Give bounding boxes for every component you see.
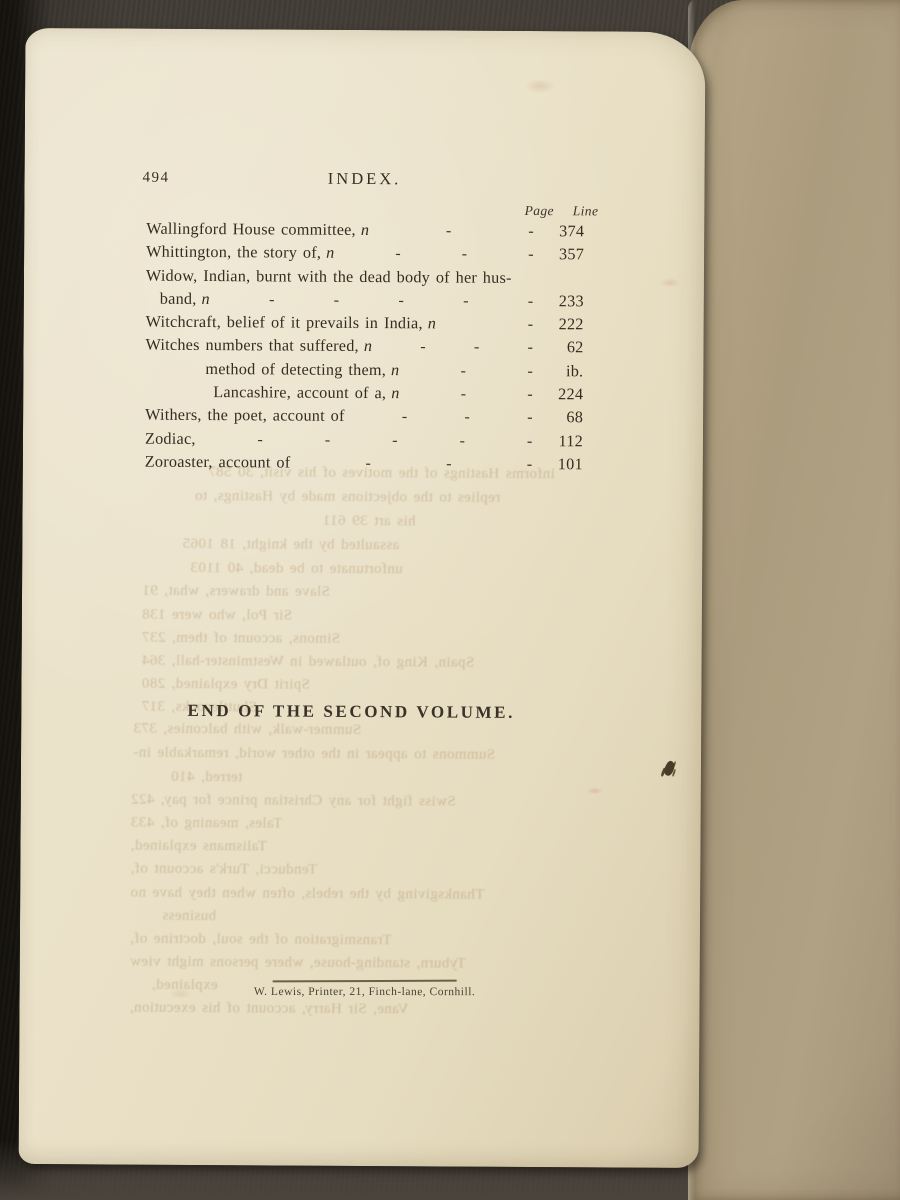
entry-text: Lancashire, account of a,n (213, 383, 399, 403)
leader-dashes: -- (290, 454, 527, 474)
showthrough-line: business (162, 908, 216, 925)
showthrough-line: Thanksgiving by the rebels, often when t… (130, 885, 484, 904)
showthrough-line: assaulted by the knight, 18 1065 (182, 536, 399, 554)
footnote-marker: n (326, 244, 334, 262)
leader-dashes: ---- (196, 430, 527, 451)
showthrough-line: Tales, meaning of, 433 (131, 815, 283, 833)
leader-dashes: -- (372, 338, 527, 358)
book-page: informs Hastings of the motives of his v… (19, 28, 706, 1168)
entry-text: Widow, Indian, burnt with the dead body … (146, 266, 512, 287)
showthrough-line: Vane, Sir Harry, account of his executio… (129, 1000, 408, 1019)
leader-dashes: -- (334, 244, 528, 264)
leader-dashes: - (399, 361, 527, 381)
showthrough-line: terred, 410 (171, 769, 242, 786)
showthrough-line: replies to the objections made by Hastin… (195, 488, 501, 507)
page-number-cell: -ib. (527, 362, 583, 381)
printer-imprint: W. Lewis, Printer, 21, Finch-lane, Cornh… (142, 986, 588, 998)
showthrough-line: Tenducci, Turk's account of, (130, 861, 317, 879)
index-entry-row: Zodiac,-----112 (145, 429, 583, 455)
leader-dashes: -- (345, 407, 528, 427)
footnote-marker: n (202, 290, 210, 308)
page-number-cell: -68 (527, 408, 583, 427)
page-number-cell: -101 (527, 455, 583, 474)
entry-text: Wallingford House committee,n (146, 220, 369, 240)
adjacent-page-edge (688, 0, 900, 1200)
volume-end-text: END OF THE SECOND VOLUME. (21, 700, 681, 724)
index-entry-row: Withers, the poet, account of---68 (145, 406, 583, 432)
page-number-cell: -222 (528, 315, 584, 334)
leader-dashes: - (369, 221, 528, 241)
leader-dashes: ---- (210, 290, 528, 311)
index-entry-row: method of detecting them,n--ib. (145, 359, 583, 385)
showthrough-line: his art 39 611 (322, 513, 415, 531)
showthrough-line: Sir Pol, who were 138 (142, 607, 292, 625)
index-entry-row: Lancashire, account of a,n--224 (145, 383, 583, 409)
footnote-marker: n (391, 361, 399, 379)
showthrough-line: Tyburn, standing-house, where persons mi… (130, 954, 466, 973)
showthrough-line: unfortunate to be dead, 40 1103 (190, 560, 403, 578)
showthrough-line: Spain, King of, outlawed in Westminster-… (142, 653, 475, 672)
entry-text: Zodiac, (145, 429, 196, 448)
showthrough-line: Spirit Dry explained, 280 (141, 676, 310, 694)
foxing-stain (587, 787, 603, 794)
showthrough-line: Summer-walk, with balconies, 373 (133, 721, 361, 739)
index-entry-list: Wallingford House committee,n--374Whitti… (145, 220, 585, 479)
index-entry-row: Widow, Indian, burnt with the dead body … (146, 266, 584, 292)
entry-text: method of detecting them,n (205, 360, 399, 380)
book-photo: informs Hastings of the motives of his v… (0, 0, 900, 1200)
showthrough-line: Slave and drawers, what, 91 (142, 583, 330, 601)
foxing-stain (525, 79, 555, 93)
page-number-cell: -233 (528, 292, 584, 311)
leader-dashes (436, 329, 528, 330)
page-number-cell: -357 (528, 245, 584, 264)
index-entry-row: Witchcraft, belief of it prevails in Ind… (146, 313, 584, 339)
footnote-marker: n (428, 315, 436, 333)
index-heading: INDEX. (147, 168, 583, 191)
showthrough-line: Swiss fight for any Christian prince for… (131, 792, 456, 811)
entry-text: Zoroaster, account of (145, 453, 291, 473)
showthrough-line: Talismans explained, (130, 838, 267, 856)
entry-text: Whittington, the story of,n (146, 243, 335, 263)
index-entry-row: Zoroaster, account of---101 (145, 453, 583, 479)
page-number-cell: -374 (528, 222, 584, 241)
index-entry-row: Wallingford House committee,n--374 (146, 220, 584, 246)
footnote-marker: n (391, 384, 399, 402)
footnote-marker: n (364, 337, 372, 355)
index-entry-row: band,n-----233 (146, 290, 584, 316)
column-headers: Page Line (146, 201, 598, 220)
footnote-marker: n (361, 221, 369, 239)
ink-speck (662, 760, 676, 777)
foxing-stain (660, 278, 680, 288)
column-header-line: Line (573, 203, 599, 218)
index-entry-row: Whittington, the story of,n---357 (146, 243, 584, 269)
leader-dashes: - (400, 384, 528, 404)
showthrough-line: Simons, account of them, 237 (142, 630, 340, 648)
column-header-page: Page (525, 203, 554, 218)
entry-text: Witches numbers that suffered,n (145, 336, 372, 356)
page-number-cell: -224 (527, 385, 583, 404)
page-number-cell: -62 (527, 338, 583, 357)
entry-text: band,n (160, 290, 210, 309)
page-number-cell: -112 (527, 432, 583, 451)
entry-text: Witchcraft, belief of it prevails in Ind… (146, 313, 437, 334)
imprint-rule (273, 980, 457, 983)
index-entry-row: Witches numbers that suffered,n---62 (145, 336, 583, 362)
showthrough-line: Summons to appear in the other world, re… (133, 745, 495, 764)
entry-text: Withers, the poet, account of (145, 406, 345, 426)
showthrough-line: Transmigration of the soul, doctrine of, (130, 931, 392, 950)
